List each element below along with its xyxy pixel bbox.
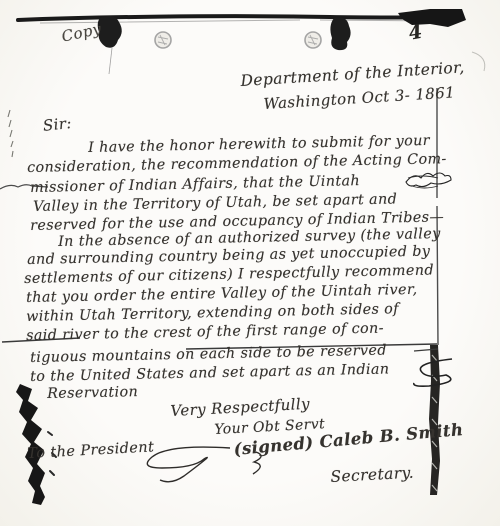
letter-line: to the United States and set apart as an… xyxy=(30,361,390,385)
signature-flourish xyxy=(147,447,230,482)
stamp-icon-right xyxy=(305,32,321,48)
closing-bracket-flourish xyxy=(414,359,452,386)
copy-label: Copy xyxy=(60,20,103,46)
valediction: Very Respectfully xyxy=(170,395,310,420)
salutation: Sir: xyxy=(42,114,73,135)
margin-scribble-right-2 xyxy=(408,176,438,188)
fold-mark xyxy=(472,52,485,71)
top-edge-line xyxy=(18,16,462,20)
margin-tick-right xyxy=(414,349,438,351)
addressee-line: To the President xyxy=(27,439,155,462)
page-number: 4 xyxy=(407,21,424,45)
stamp-icon-left xyxy=(155,32,171,48)
letter-line: Reservation xyxy=(47,384,138,402)
letter-line: said river to the crest of the first ran… xyxy=(26,321,384,344)
margin-scribble-left xyxy=(8,110,13,157)
signer-title: Secretary. xyxy=(330,464,414,486)
right-edge-torn-band xyxy=(429,345,440,495)
letterhead-date: Washington Oct 3- 1861 xyxy=(263,83,456,113)
ink-blot-top-middle xyxy=(330,17,350,50)
ink-drip-line xyxy=(109,48,112,74)
margin-scribble-right xyxy=(406,173,451,187)
scanned-letter-page: Copy 4 Department of the Interior, Washi… xyxy=(0,0,500,526)
